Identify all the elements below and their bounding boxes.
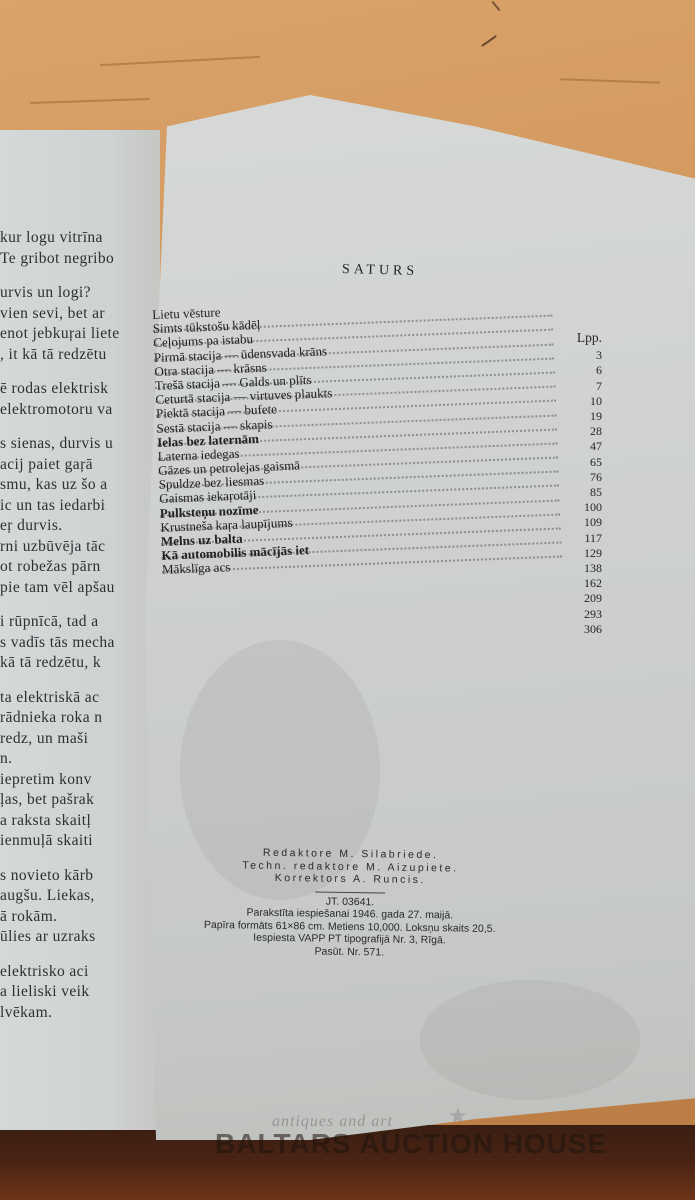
- text-line: redz, un maši: [0, 729, 152, 750]
- toc-page-number: 306: [552, 622, 602, 637]
- toc-entry-title: Mākslīga acs: [162, 559, 235, 577]
- text-line: acij paiet gaŗā: [0, 455, 152, 476]
- page-stain: [420, 980, 640, 1100]
- text-line: [0, 674, 152, 688]
- text-line: [0, 598, 152, 612]
- text-line: a lieliski veik: [0, 982, 152, 1003]
- toc-page-number: 162: [552, 576, 602, 591]
- text-line: [0, 365, 152, 379]
- toc-page-number: 10: [552, 394, 602, 409]
- text-line: ē rodas elektrisk: [0, 379, 152, 400]
- text-line: enot jebkuŗai liete: [0, 324, 152, 345]
- toc-page-number: 76: [552, 470, 602, 485]
- text-line: augšu. Liekas,: [0, 886, 152, 907]
- text-line: eŗ durvis.: [0, 516, 152, 537]
- text-line: iepretim konv: [0, 770, 152, 791]
- toc-page-number: 209: [552, 591, 602, 606]
- toc-page-number: 3: [552, 348, 602, 363]
- toc-page-number: 293: [552, 607, 602, 622]
- wood-grain: [560, 78, 660, 83]
- toc-page-number: 19: [552, 409, 602, 424]
- toc-page-number: 138: [552, 561, 602, 576]
- text-line: ta elektriskā ac: [0, 688, 152, 709]
- text-line: s novieto kārb: [0, 866, 152, 887]
- toc-page-number: 65: [552, 455, 602, 470]
- toc-page-number: 6: [552, 363, 602, 378]
- text-line: [0, 852, 152, 866]
- text-line: , it kā tā redzētu: [0, 345, 152, 366]
- text-line: elektrisko aci: [0, 962, 152, 983]
- toc-page-number: 7: [552, 379, 602, 394]
- watermark-star-icon: ★: [448, 1103, 468, 1129]
- text-line: elektromotoru va: [0, 400, 152, 421]
- text-line: vien sevi, bet ar: [0, 304, 152, 325]
- toc-page-number: 28: [552, 424, 602, 439]
- toc-page-number: 100: [552, 500, 602, 515]
- toc-page-number: 109: [552, 515, 602, 530]
- colophon: Redaktore M. Silabriede. Techn. redaktor…: [179, 846, 521, 961]
- toc-page-number: 129: [552, 546, 602, 561]
- text-line: Te gribot negribo: [0, 249, 152, 270]
- text-line: i rūpnīcā, tad a: [0, 612, 152, 633]
- text-line: n.: [0, 749, 152, 770]
- wood-grain: [100, 56, 260, 66]
- text-line: lvēkam.: [0, 1003, 152, 1024]
- text-line: [0, 420, 152, 434]
- text-line: ic un tas iedarbi: [0, 496, 152, 517]
- wood-grain: [30, 98, 150, 104]
- text-line: kā tā redzētu, k: [0, 653, 152, 674]
- left-page-text: kur logu vitrīna Te gribot negribo urvis…: [0, 228, 152, 1023]
- text-line: [0, 269, 152, 283]
- text-line: rni uzbūvēja tāc: [0, 537, 152, 558]
- text-line: [0, 948, 152, 962]
- text-line: ļas, bet pašrak: [0, 790, 152, 811]
- text-line: urvis un logi?: [0, 283, 152, 304]
- watermark-logo: BALTARS AUCTION HOUSE: [215, 1128, 607, 1160]
- toc-page-number: 85: [552, 485, 602, 500]
- text-line: ūlies ar uzraks: [0, 927, 152, 948]
- text-line: rādnieka roka n: [0, 708, 152, 729]
- wood-grain: [491, 1, 500, 11]
- text-line: smu, kas uz šo a: [0, 475, 152, 496]
- text-line: ienmuļā skaiti: [0, 831, 152, 852]
- page-number-column: Lpp. 3 6 7 10 19 28 47 65 76 85 100 109 …: [552, 330, 602, 637]
- page-column-header: Lpp.: [552, 330, 602, 345]
- text-line: pie tam vēl apšau: [0, 578, 152, 599]
- text-line: s vadīs tās mecha: [0, 633, 152, 654]
- contents-title: SATURS: [342, 262, 419, 280]
- toc-page-number: 47: [552, 439, 602, 454]
- text-line: kur logu vitrīna: [0, 228, 152, 249]
- text-line: s sienas, durvis u: [0, 434, 152, 455]
- text-line: ot robežas pārn: [0, 557, 152, 578]
- toc-page-number: 117: [552, 531, 602, 546]
- colophon-divider: [315, 891, 385, 893]
- right-page: [145, 95, 695, 1140]
- text-line: a raksta skaitļ: [0, 811, 152, 832]
- text-line: ā rokām.: [0, 907, 152, 928]
- wood-grain: [481, 35, 497, 47]
